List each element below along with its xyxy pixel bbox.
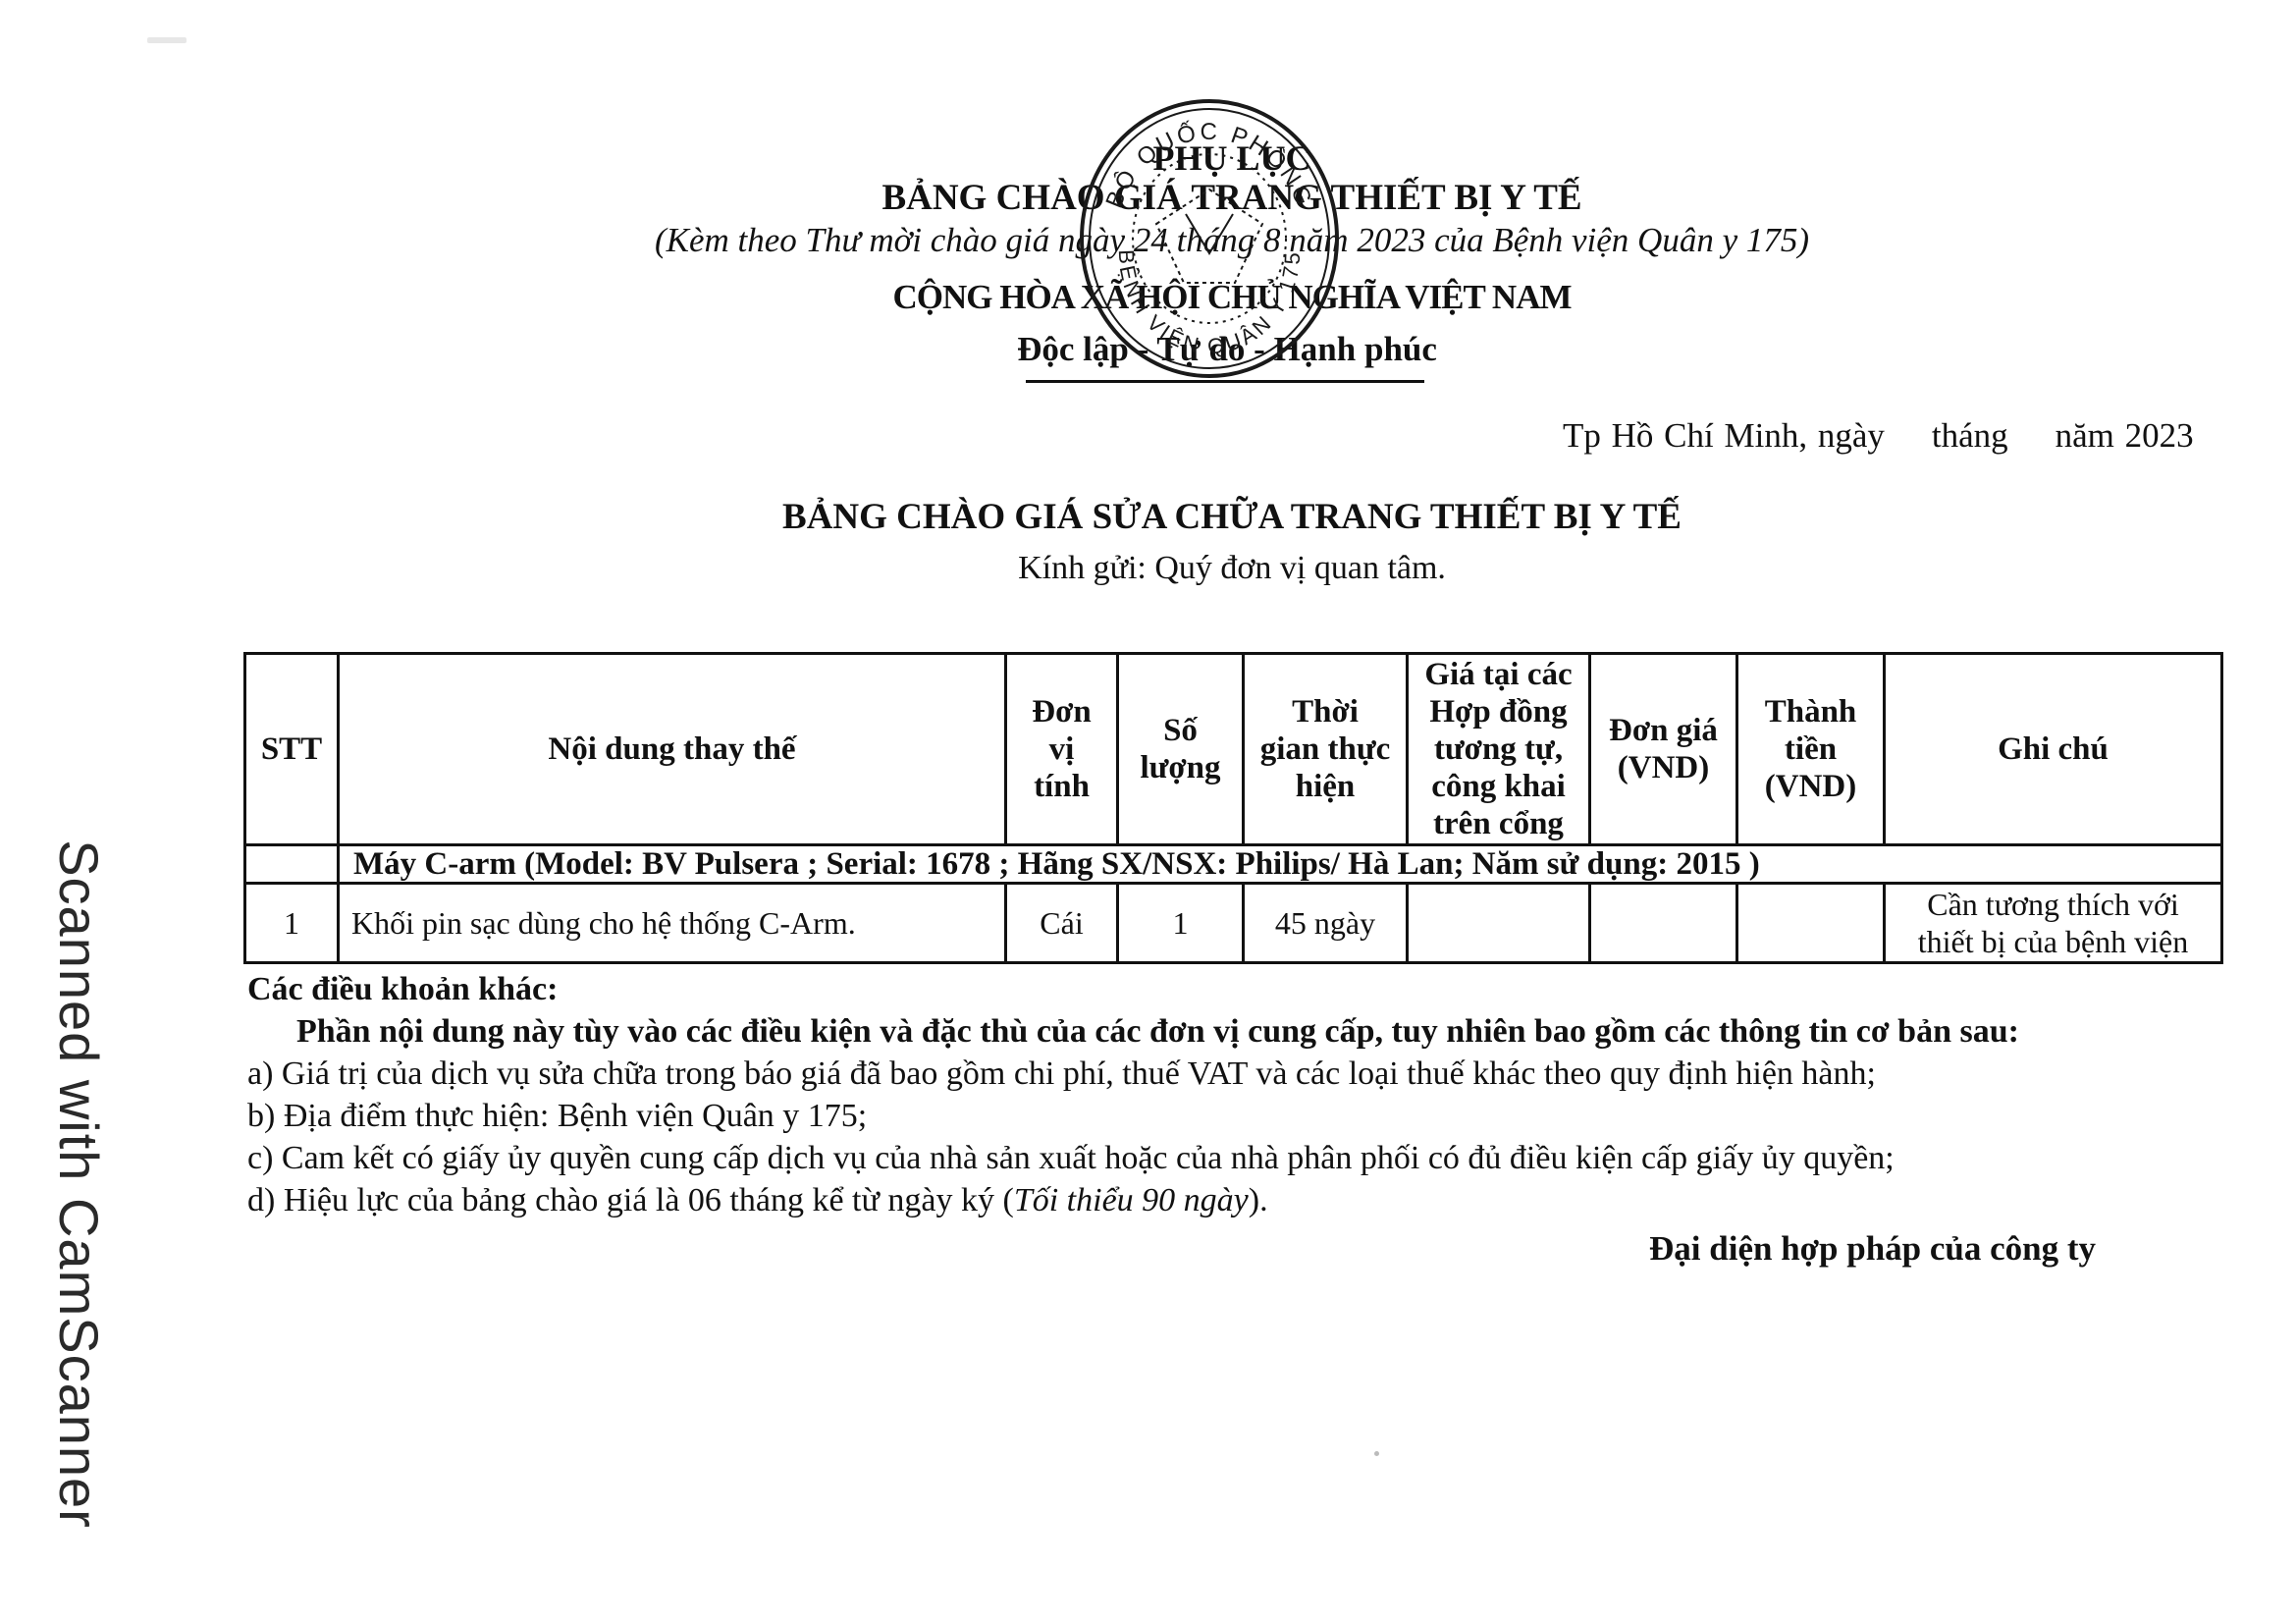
attachment-note: (Kèm theo Thư mời chào giá ngày 24 tháng…	[550, 221, 1914, 260]
header-duration: Thờigian thựchiện	[1244, 654, 1408, 845]
header-content: Nội dung thay thế	[339, 654, 1006, 845]
header-unit: Đơnvịtính	[1006, 654, 1118, 845]
cell-total[interactable]	[1737, 884, 1885, 963]
header-line: (VND)	[1742, 768, 1879, 805]
cell-content: Khối pin sạc dùng cho hệ thống C-Arm.	[339, 884, 1006, 963]
header-reference-price: Giá tại cácHợp đồngtương tự,công khaitrê…	[1408, 654, 1590, 845]
header-total: Thànhtiền(VND)	[1737, 654, 1885, 845]
term-d-suffix: ).	[1249, 1182, 1268, 1218]
header-quantity: Sốlượng	[1118, 654, 1244, 845]
cell-quantity: 1	[1118, 884, 1244, 963]
terms-intro: Phần nội dung này tùy vào các điều kiện …	[247, 1010, 2269, 1053]
place-date-month: tháng	[1932, 416, 2008, 456]
header-line: công khai	[1413, 768, 1584, 805]
header-line: tương tự,	[1413, 730, 1584, 768]
term-d-italic: Tối thiểu 90 ngày	[1014, 1182, 1249, 1218]
term-d: d) Hiệu lực của bảng chào giá là 06 thán…	[247, 1179, 2269, 1221]
header-line: Thời	[1249, 693, 1402, 730]
header-line: tiền	[1742, 730, 1879, 768]
header-line: STT	[250, 730, 333, 768]
table-header-row: STTNội dung thay thếĐơnvịtínhSốlượngThời…	[245, 654, 2222, 845]
header-line: Ghi chú	[1890, 730, 2216, 768]
term-d-prefix: d) Hiệu lực của bảng chào giá là 06 thán…	[247, 1182, 1014, 1218]
signature-label: Đại diện hợp pháp của công ty	[1649, 1229, 2096, 1269]
place-date-place: Tp Hồ Chí Minh, ngày	[1563, 416, 1885, 456]
cell-unit-price[interactable]	[1590, 884, 1737, 963]
header-line: trên cổng	[1413, 805, 1584, 842]
header-line: gian thực	[1249, 730, 1402, 768]
header-line: Đơn	[1011, 693, 1112, 730]
scan-speck	[147, 37, 187, 43]
term-a: a) Giá trị của dịch vụ sửa chữa trong bá…	[247, 1053, 2269, 1095]
header-line: Hợp đồng	[1413, 693, 1584, 730]
cell-reference-price[interactable]	[1408, 884, 1590, 963]
cell-unit: Cái	[1006, 884, 1118, 963]
header-line: tính	[1011, 768, 1112, 805]
header-line: lượng	[1123, 749, 1238, 786]
motto-underline	[1026, 380, 1424, 383]
equipment-description: Máy C-arm (Model: BV Pulsera ; Serial: 1…	[339, 845, 2222, 884]
cell-duration: 45 ngày	[1244, 884, 1408, 963]
quote-title: BẢNG CHÀO GIÁ SỬA CHỮA TRANG THIẾT BỊ Y …	[687, 496, 1777, 538]
equipment-section-row: Máy C-arm (Model: BV Pulsera ; Serial: 1…	[245, 845, 2222, 884]
header-line: Nội dung thay thế	[344, 730, 1000, 768]
document-title: BẢNG CHÀO GIÁ TRANG THIẾT BỊ Y TẾ	[687, 177, 1777, 219]
header-line: Thành	[1742, 693, 1879, 730]
note-line: Cần tương thích với	[1890, 886, 2216, 923]
header-unit-price: Đơn giá(VND)	[1590, 654, 1737, 845]
salutation: Kính gửi: Quý đơn vị quan tâm.	[687, 550, 1777, 587]
place-date-year: năm 2023	[2056, 416, 2194, 456]
section-stt-cell	[245, 845, 339, 884]
header-line: Giá tại các	[1413, 656, 1584, 693]
cell-note: Cần tương thích vớithiết bị của bệnh việ…	[1885, 884, 2222, 963]
header-stt: STT	[245, 654, 339, 845]
term-b: b) Địa điểm thực hiện: Bệnh viện Quân y …	[247, 1095, 2269, 1137]
term-c: c) Cam kết có giấy ủy quyền cung cấp dịc…	[247, 1137, 2269, 1179]
header-note: Ghi chú	[1885, 654, 2222, 845]
header-line: (VND)	[1595, 749, 1732, 786]
national-title: CỘNG HÒA XÃ HỘI CHỦ NGHĨA VIỆT NAM	[834, 278, 1629, 317]
table-row: 1 Khối pin sạc dùng cho hệ thống C-Arm. …	[245, 884, 2222, 963]
camscanner-watermark: Scanned with CamScanner	[49, 767, 108, 1601]
other-terms: Các điều khoản khác: Phần nội dung này t…	[247, 968, 2269, 1221]
national-motto: Độc lập - Tự do - Hạnh phúc	[933, 330, 1522, 369]
appendix-label: PHỤ LỤC	[987, 137, 1477, 179]
header-line: hiện	[1249, 768, 1402, 805]
header-line: Đơn giá	[1595, 712, 1732, 749]
scan-speck	[1374, 1451, 1379, 1456]
header-line: vị	[1011, 730, 1112, 768]
cell-stt: 1	[245, 884, 339, 963]
header-line: Số	[1123, 712, 1238, 749]
note-line: thiết bị của bệnh viện	[1890, 923, 2216, 960]
quote-table: STTNội dung thay thếĐơnvịtínhSốlượngThời…	[243, 652, 2223, 964]
terms-heading: Các điều khoản khác:	[247, 968, 2269, 1010]
place-date: Tp Hồ Chí Minh, ngàythángnăm 2023	[1563, 416, 2194, 456]
